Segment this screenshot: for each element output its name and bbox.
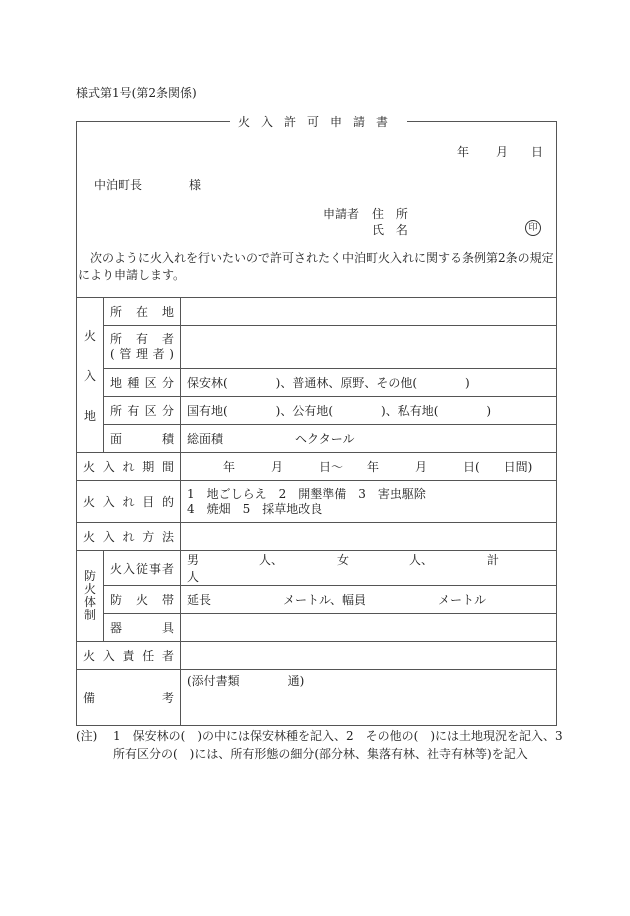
seal-mark-icon: 印 <box>525 220 541 236</box>
addressee-name: 中泊町長 <box>94 176 142 193</box>
purpose-options-line2: 4 焼畑 5 採草地改良 <box>187 502 550 517</box>
site-group-label: 火 入 地 <box>77 298 104 453</box>
date-year: 年 <box>457 143 469 160</box>
purpose-label: 火入れ目的 <box>77 481 181 523</box>
workers-label: 火入従事者 <box>104 551 181 586</box>
fire-prevention-group-label: 防 火 体 制 <box>77 551 104 642</box>
period-label: 火入れ期間 <box>77 453 181 481</box>
notes-prefix: (注) <box>76 727 97 744</box>
location-field[interactable] <box>181 298 557 326</box>
remarks-label: 備考 <box>77 670 181 726</box>
period-field[interactable]: 年 月 日～ 年 月 日( 日間) <box>181 453 557 481</box>
area-label: 面積 <box>104 425 181 453</box>
responsible-label: 火入責任者 <box>77 642 181 670</box>
fire-group-char: 制 <box>84 609 96 622</box>
equipment-field[interactable] <box>181 614 557 642</box>
firebreak-field[interactable]: 延長 メートル、幅員 メートル <box>181 586 557 614</box>
method-field[interactable] <box>181 523 557 551</box>
applicant-label: 申請者 <box>323 205 359 222</box>
owner-label: 所有者 (管理者) <box>104 326 181 369</box>
purpose-field[interactable]: 1 地ごしらえ 2 開墾準備 3 害虫駆除 4 焼畑 5 採草地改良 <box>181 481 557 523</box>
ownership-field[interactable]: 国有地( )、公有地( )、私有地( ) <box>181 397 557 425</box>
method-label: 火入れ方法 <box>77 523 181 551</box>
name-label: 氏 名 <box>372 221 412 238</box>
addressee-honorific: 様 <box>189 176 201 193</box>
responsible-field[interactable] <box>181 642 557 670</box>
land-type-label: 地種区分 <box>104 369 181 397</box>
date-day: 日 <box>531 143 543 160</box>
remarks-field[interactable]: (添付書類 通) <box>181 670 557 726</box>
site-group-char: 地 <box>84 407 96 424</box>
ownership-label: 所有区分 <box>104 397 181 425</box>
application-table: 火 入 地 所在地 所有者 (管理者) 地種区分 保安林( )、普通林、原野、そ… <box>76 297 557 726</box>
site-group-char: 火 <box>84 327 96 344</box>
area-field[interactable]: 総面積 ヘクタール <box>181 425 557 453</box>
application-statement: 次のように火入れを行いたいので許可されたく中泊町火入れに関する条例第2条の規定に… <box>78 250 554 284</box>
site-group-char: 入 <box>84 367 96 384</box>
purpose-options-line1: 1 地ごしらえ 2 開墾準備 3 害虫駆除 <box>187 487 550 502</box>
notes-line2: 所有区分の( )には、所有形態の細分(部分林、集落有林、社寺有林等)を記入 <box>113 745 528 762</box>
document-title: 火入許可申請書 <box>230 113 407 130</box>
location-label: 所在地 <box>104 298 181 326</box>
form-number: 様式第1号(第2条関係) <box>76 84 197 101</box>
date-month: 月 <box>496 143 508 160</box>
land-type-field[interactable]: 保安林( )、普通林、原野、その他( ) <box>181 369 557 397</box>
workers-field[interactable]: 男 人、 女 人、 計 人 <box>181 551 557 586</box>
owner-label-sub: (管理者) <box>110 347 174 362</box>
address-label: 住 所 <box>372 205 412 222</box>
equipment-label: 器具 <box>104 614 181 642</box>
notes-line1: 1 保安林の( )の中には保安林種を記入、2 その他の( )には土地現況を記入、… <box>113 727 563 744</box>
firebreak-label: 防火帯 <box>104 586 181 614</box>
owner-label-main: 所有者 <box>110 332 174 347</box>
owner-field[interactable] <box>181 326 557 369</box>
